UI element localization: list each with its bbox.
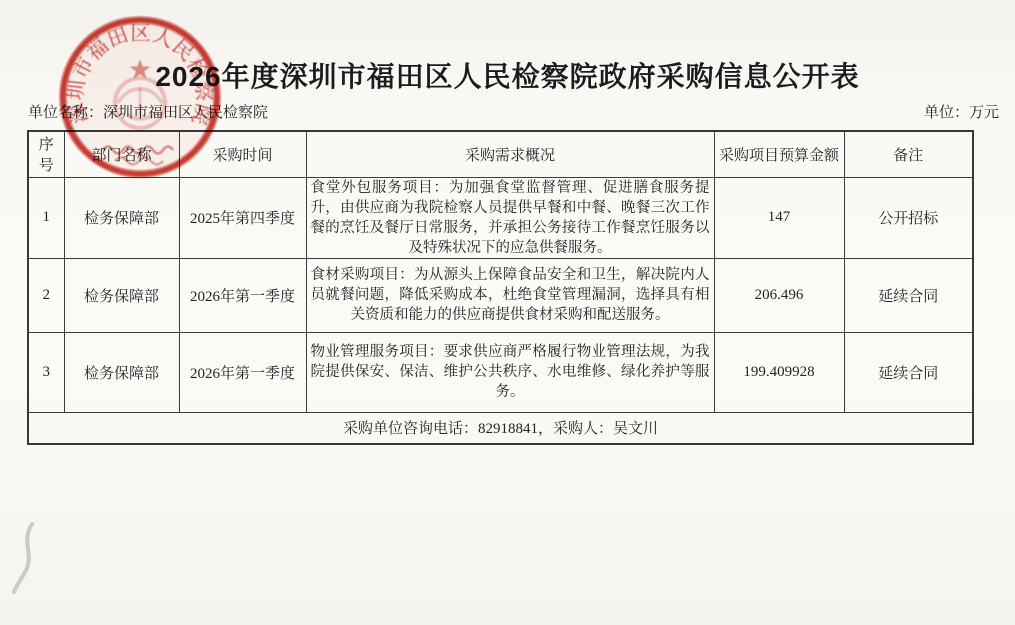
cell-remark: 公开招标 [844, 177, 973, 258]
cell-department: 检务保障部 [64, 258, 179, 332]
demand-summary-text: 物业管理服务项目：要求供应商严格履行物业管理法规，为我院提供保安、保洁、维护公共… [311, 342, 710, 402]
procurement-table: 序号 部门名称 采购时间 采购需求概况 采购项目预算金额 备注 1 检务保障部 … [27, 130, 974, 445]
table-row: 3 检务保障部 2026年第一季度 物业管理服务项目：要求供应商严格履行物业管理… [28, 332, 973, 412]
cell-remark: 延续合同 [844, 332, 973, 412]
cell-budget: 206.496 [714, 258, 844, 332]
header-budget: 采购项目预算金额 [714, 131, 844, 177]
cell-purchase-time: 2026年第一季度 [179, 258, 306, 332]
demand-summary-text: 食堂外包服务项目：为加强食堂监督管理、促进膳食服务提升，由供应商为我院检察人员提… [311, 178, 710, 258]
scanned-document-page: 2026年度深圳市福田区人民检察院政府采购信息公开表 单位名称：深圳市福田区人民… [0, 0, 1015, 625]
header-seq: 序号 [28, 131, 64, 177]
contact-info: 采购单位咨询电话：82918841，采购人：吴文川 [28, 412, 973, 444]
unit-name-label: 单位名称：深圳市福田区人民检察院 [28, 101, 268, 122]
cell-seq: 2 [28, 258, 64, 332]
table-row: 1 检务保障部 2025年第四季度 食堂外包服务项目：为加强食堂监督管理、促进膳… [28, 177, 973, 258]
header-purchase-time: 采购时间 [179, 131, 306, 177]
table-header-row: 序号 部门名称 采购时间 采购需求概况 采购项目预算金额 备注 [28, 131, 973, 177]
pen-mark [2, 518, 62, 598]
cell-seq: 1 [28, 177, 64, 258]
cell-remark: 延续合同 [844, 258, 973, 332]
cell-budget: 147 [714, 177, 844, 258]
cell-demand-summary: 食材采购项目：为从源头上保障食品安全和卫生，解决院内人员就餐问题，降低采购成本，… [306, 258, 714, 332]
meta-row: 单位名称：深圳市福田区人民检察院 单位：万元 [28, 101, 999, 122]
cell-purchase-time: 2025年第四季度 [179, 177, 306, 258]
cell-department: 检务保障部 [64, 177, 179, 258]
unit-currency-label: 单位：万元 [924, 101, 999, 122]
header-demand-summary: 采购需求概况 [306, 131, 714, 177]
cell-seq: 3 [28, 332, 64, 412]
cell-purchase-time: 2026年第一季度 [179, 332, 306, 412]
cell-demand-summary: 物业管理服务项目：要求供应商严格履行物业管理法规，为我院提供保安、保洁、维护公共… [306, 332, 714, 412]
header-remark: 备注 [844, 131, 973, 177]
header-department: 部门名称 [64, 131, 179, 177]
cell-demand-summary: 食堂外包服务项目：为加强食堂监督管理、促进膳食服务提升，由供应商为我院检察人员提… [306, 177, 714, 258]
demand-summary-text: 食材采购项目：为从源头上保障食品安全和卫生，解决院内人员就餐问题，降低采购成本，… [311, 265, 710, 325]
table-row: 2 检务保障部 2026年第一季度 食材采购项目：为从源头上保障食品安全和卫生，… [28, 258, 973, 332]
page-title: 2026年度深圳市福田区人民检察院政府采购信息公开表 [0, 55, 1015, 95]
table-footer-row: 采购单位咨询电话：82918841，采购人：吴文川 [28, 412, 973, 444]
cell-budget: 199.409928 [714, 332, 844, 412]
cell-department: 检务保障部 [64, 332, 179, 412]
